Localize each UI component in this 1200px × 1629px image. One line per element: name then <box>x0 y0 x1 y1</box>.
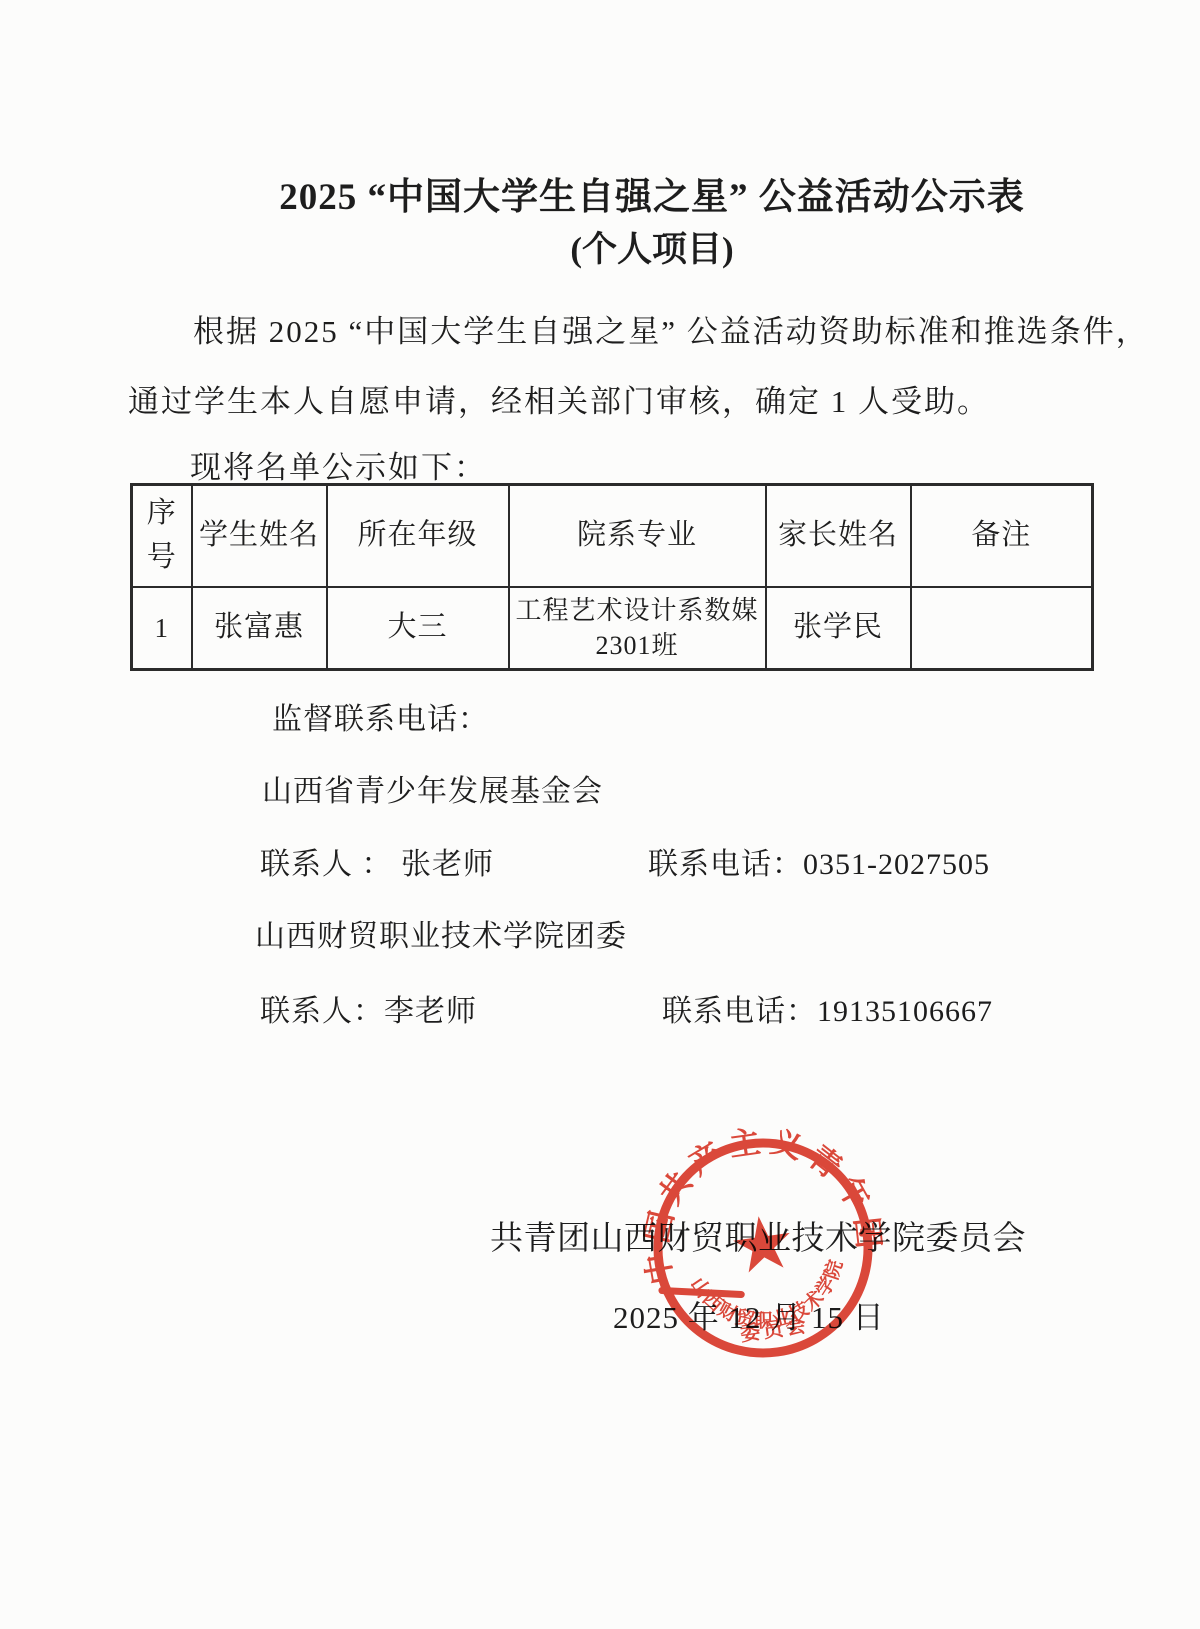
signature-date: 2025 年 12 月 15 日 <box>613 1292 885 1337</box>
header-student-name: 学生姓名 <box>192 485 327 587</box>
cell-seq: 1 <box>132 587 192 670</box>
cell-remark <box>911 587 1093 670</box>
org2-contact-person: 联系人：李老师 <box>260 986 477 1030</box>
supervision-phone-label: 监督联系电话： <box>272 694 489 738</box>
org1-contact-person: 联系人 ： 张老师 <box>260 839 494 883</box>
header-remark: 备注 <box>911 485 1093 587</box>
header-grade: 所在年级 <box>327 485 509 587</box>
table-header-row: 序号 学生姓名 所在年级 院系专业 家长姓名 备注 <box>132 485 1093 587</box>
org2-contact-phone: 联系电话：19135106667 <box>662 986 993 1030</box>
signature-org: 共青团山西财贸职业技术学院委员会 <box>490 1212 1026 1259</box>
header-department: 院系专业 <box>509 485 766 587</box>
cell-grade: 大三 <box>327 587 509 670</box>
svg-text:中国共产主义青年团: 中国共产主义青年团 <box>643 1128 883 1287</box>
recipients-table: 序号 学生姓名 所在年级 院系专业 家长姓名 备注 1 张富惠 大三 工程艺术设… <box>130 483 1094 671</box>
header-seq: 序号 <box>132 485 192 587</box>
seal-arc-text: 中国共产主义青年团 <box>643 1128 883 1287</box>
document-subtitle: (个人项目) <box>570 222 733 272</box>
document-page: 2025 “中国大学生自强之星” 公益活动公示表 (个人项目) 根据 2025 … <box>0 0 1200 1629</box>
cell-department: 工程艺术设计系数媒2301班 <box>509 587 766 670</box>
org1-name: 山西省青少年发展基金会 <box>262 766 603 810</box>
paragraph-line1: 根据 2025 “中国大学生自强之星” 公益活动资助标准和推选条件， <box>193 306 1149 351</box>
list-intro: 现将名单公示如下： <box>190 442 487 487</box>
cell-student-name: 张富惠 <box>192 587 327 670</box>
header-parent-name: 家长姓名 <box>766 485 911 587</box>
org1-contact-phone: 联系电话：0351-2027505 <box>648 839 990 883</box>
table-row: 1 张富惠 大三 工程艺术设计系数媒2301班 张学民 <box>132 587 1093 670</box>
document-title: 2025 “中国大学生自强之星” 公益活动公示表 <box>279 166 1025 220</box>
org2-name: 山西财贸职业技术学院团委 <box>255 911 627 955</box>
cell-parent-name: 张学民 <box>766 587 911 670</box>
paragraph-line2: 通过学生本人自愿申请，经相关部门审核，确定 1 人受助。 <box>128 376 990 421</box>
